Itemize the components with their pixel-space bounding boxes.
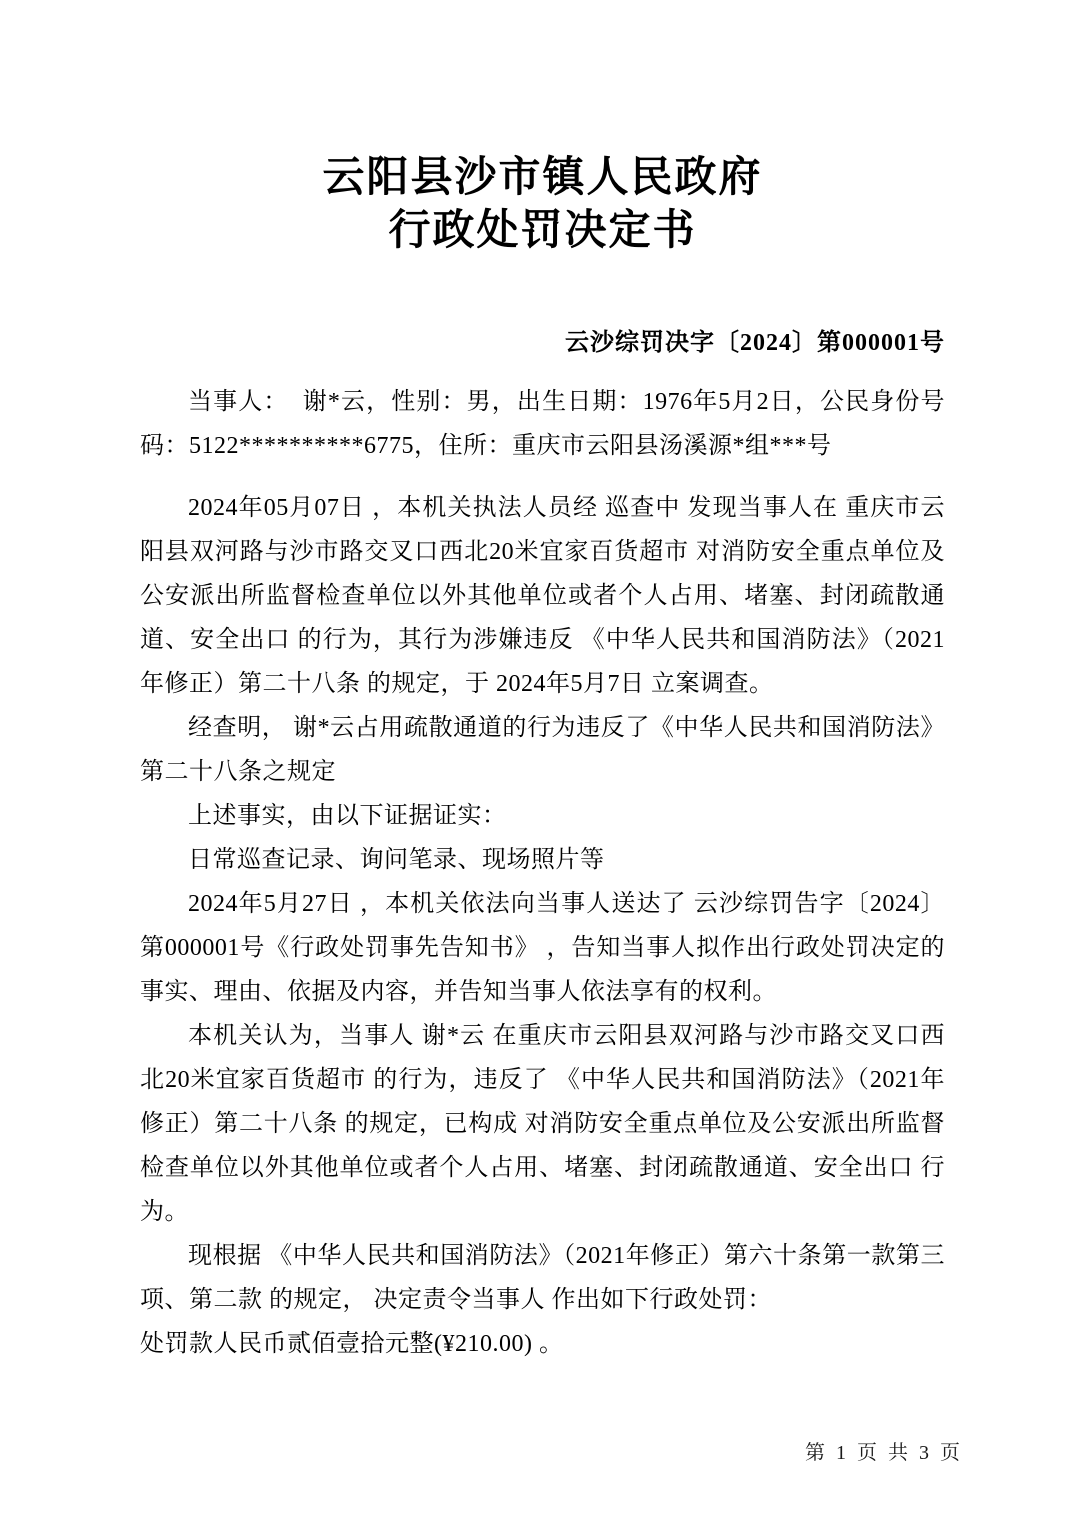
- paragraph-evidence-intro: 上述事实，由以下证据证实：: [140, 794, 945, 838]
- document-title: 云阳县沙市镇人民政府 行政处罚决定书: [140, 150, 945, 256]
- document-body: 当事人： 谢*云，性别：男，出生日期：1976年5月2日，公民身份号码：5122…: [140, 380, 945, 1366]
- document-number: 云沙综罚决字〔2024〕第000001号: [140, 322, 945, 357]
- paragraph-party-info: 当事人： 谢*云，性别：男，出生日期：1976年5月2日，公民身份号码：5122…: [140, 380, 945, 468]
- penalty-decision-document-page: 云阳县沙市镇人民政府 行政处罚决定书 云沙综罚决字〔2024〕第000001号 …: [0, 0, 1074, 1520]
- paragraph-prior-notice: 2024年5月27日 ，本机关依法向当事人送达了 云沙综罚告字〔2024〕第00…: [140, 882, 945, 1014]
- paragraph-evidence-list: 日常巡查记录、询问笔录、现场照片等: [140, 838, 945, 882]
- page-number-indicator: 第 1 页 共 3 页: [805, 1436, 963, 1465]
- paragraph-agency-opinion: 本机关认为，当事人 谢*云 在重庆市云阳县双河路与沙市路交叉口西北20米宜家百货…: [140, 1014, 945, 1234]
- paragraph-legal-basis-decision: 现根据 《中华人民共和国消防法》（2021年修正）第六十条第一款第三项、第二款 …: [140, 1234, 945, 1322]
- document-title-line2: 行政处罚决定书: [140, 203, 945, 256]
- paragraph-investigation-finding: 经查明， 谢*云占用疏散通道的行为违反了《中华人民共和国消防法》第二十八条之规定: [140, 706, 945, 794]
- document-title-line1: 云阳县沙市镇人民政府: [140, 150, 945, 203]
- paragraph-case-discovery: 2024年05月07日 ，本机关执法人员经 巡查中 发现当事人在 重庆市云阳县双…: [140, 486, 945, 706]
- paragraph-penalty-amount: 处罚款人民币贰佰壹拾元整(¥210.00) 。: [140, 1322, 945, 1366]
